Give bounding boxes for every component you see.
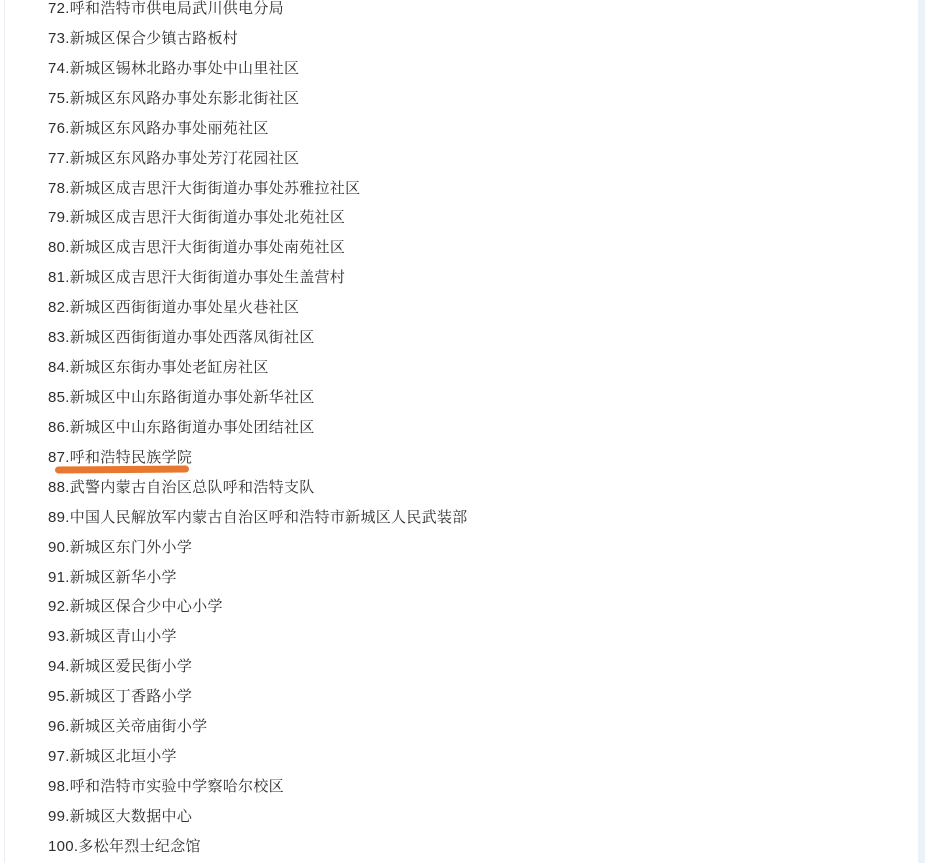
list-item-text: 99.新城区大数据中心 <box>48 802 192 832</box>
list-item-text: 85.新城区中山东路街道办事处新华社区 <box>48 383 315 413</box>
list-item-text: 97.新城区北垣小学 <box>48 742 177 772</box>
list-item-text: 73.新城区保合少镇古路板村 <box>48 24 238 54</box>
list-item: 92.新城区保合少中心小学 <box>48 592 917 622</box>
list-item: 98.呼和浩特市实验中学察哈尔校区 <box>48 772 917 802</box>
list-item: 89.中国人民解放军内蒙古自治区呼和浩特市新城区人民武装部 <box>48 503 917 533</box>
list-item: 84.新城区东街办事处老缸房社区 <box>48 353 917 383</box>
list-item-text: 80.新城区成吉思汗大街街道办事处南苑社区 <box>48 233 345 263</box>
list-item: 81.新城区成吉思汗大街街道办事处生盖营村 <box>48 263 917 293</box>
list-item-text: 78.新城区成吉思汗大街街道办事处苏雅拉社区 <box>48 174 360 204</box>
list-item-text: 75.新城区东风路办事处东影北街社区 <box>48 84 299 114</box>
list-item: 91.新城区新华小学 <box>48 563 917 593</box>
list-item: 90.新城区东门外小学 <box>48 533 917 563</box>
list-item-text: 83.新城区西街街道办事处西落凤街社区 <box>48 323 315 353</box>
list-item-text: 96.新城区关帝庙街小学 <box>48 712 207 742</box>
list-item-text: 90.新城区东门外小学 <box>48 533 192 563</box>
list-item-text: 88.武警内蒙古自治区总队呼和浩特支队 <box>48 473 315 503</box>
list-item-text: 100.多松年烈士纪念馆 <box>48 832 201 862</box>
list-item-text: 98.呼和浩特市实验中学察哈尔校区 <box>48 772 284 802</box>
list-item: 82.新城区西街街道办事处星火巷社区 <box>48 293 917 323</box>
list-item: 95.新城区丁香路小学 <box>48 682 917 712</box>
list-item: 100.多松年烈士纪念馆 <box>48 832 917 862</box>
list-item-text: 82.新城区西街街道办事处星火巷社区 <box>48 293 299 323</box>
list-item: 72.呼和浩特市供电局武川供电分局 <box>48 0 917 24</box>
list-item: 80.新城区成吉思汗大街街道办事处南苑社区 <box>48 233 917 263</box>
list-item: 87.呼和浩特民族学院 <box>48 443 917 473</box>
list-item: 79.新城区成吉思汗大街街道办事处北苑社区 <box>48 203 917 233</box>
page-right-strip <box>918 0 925 863</box>
list-item-text: 93.新城区青山小学 <box>48 622 177 652</box>
list-item-text: 94.新城区爱民街小学 <box>48 652 192 682</box>
list-item-text: 89.中国人民解放军内蒙古自治区呼和浩特市新城区人民武装部 <box>48 503 468 533</box>
list-item: 85.新城区中山东路街道办事处新华社区 <box>48 383 917 413</box>
list-item-text: 74.新城区锡林北路办事处中山里社区 <box>48 54 299 84</box>
list-item: 94.新城区爱民街小学 <box>48 652 917 682</box>
list-item: 77.新城区东风路办事处芳汀花园社区 <box>48 144 917 174</box>
list-item-text: 77.新城区东风路办事处芳汀花园社区 <box>48 144 299 174</box>
list-item-text: 76.新城区东风路办事处丽苑社区 <box>48 114 269 144</box>
list-item-text: 72.呼和浩特市供电局武川供电分局 <box>48 0 284 24</box>
list-item-text: 92.新城区保合少中心小学 <box>48 592 223 622</box>
list-item: 74.新城区锡林北路办事处中山里社区 <box>48 54 917 84</box>
list-item: 99.新城区大数据中心 <box>48 802 917 832</box>
list-item-text: 95.新城区丁香路小学 <box>48 682 192 712</box>
list-item: 75.新城区东风路办事处东影北街社区 <box>48 84 917 114</box>
list-item-text: 84.新城区东街办事处老缸房社区 <box>48 353 269 383</box>
facility-list: 72.呼和浩特市供电局武川供电分局73.新城区保合少镇古路板村74.新城区锡林北… <box>0 0 917 862</box>
list-item-text: 79.新城区成吉思汗大街街道办事处北苑社区 <box>48 203 345 233</box>
list-item: 73.新城区保合少镇古路板村 <box>48 24 917 54</box>
list-item: 83.新城区西街街道办事处西落凤街社区 <box>48 323 917 353</box>
list-item: 93.新城区青山小学 <box>48 622 917 652</box>
list-item: 78.新城区成吉思汗大街街道办事处苏雅拉社区 <box>48 174 917 204</box>
list-item-text: 91.新城区新华小学 <box>48 563 177 593</box>
list-item: 76.新城区东风路办事处丽苑社区 <box>48 114 917 144</box>
list-item: 86.新城区中山东路街道办事处团结社区 <box>48 413 917 443</box>
list-item: 97.新城区北垣小学 <box>48 742 917 772</box>
list-item-text: 81.新城区成吉思汗大街街道办事处生盖营村 <box>48 263 345 293</box>
list-item: 88.武警内蒙古自治区总队呼和浩特支队 <box>48 473 917 503</box>
list-item: 96.新城区关帝庙街小学 <box>48 712 917 742</box>
list-item-text: 86.新城区中山东路街道办事处团结社区 <box>48 413 315 443</box>
